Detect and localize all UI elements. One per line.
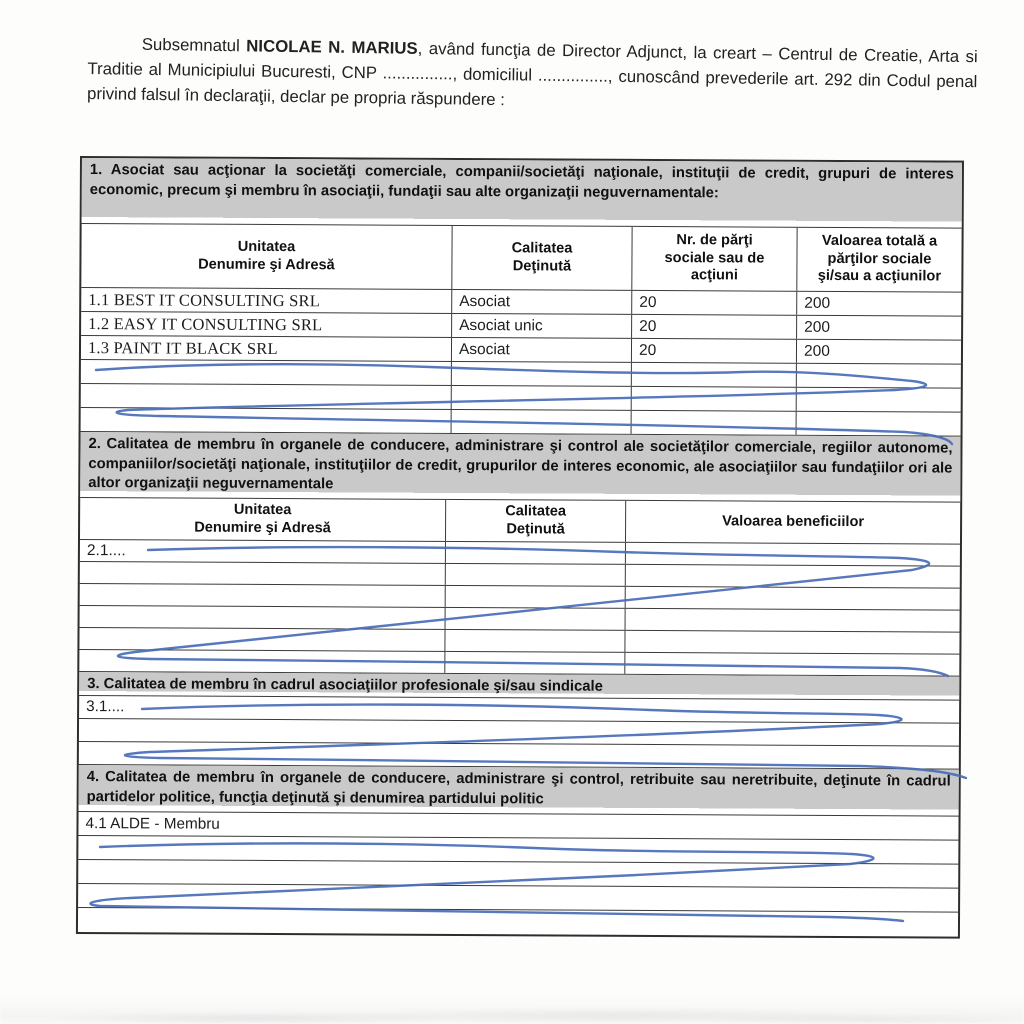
shares-cell: 20 <box>631 339 796 363</box>
value-cell: 200 <box>796 316 961 340</box>
quality-cell: Asociat unic <box>451 314 631 338</box>
scanned-declaration-page: Subsemnatul NICOLAE N. MARIUS, având fun… <box>0 0 1024 1024</box>
scan-artifact <box>0 996 1024 1024</box>
benefits-cell <box>625 543 960 566</box>
section-2-title: 2. Calitatea de membru în organele de co… <box>80 432 960 503</box>
column-header-benefits: Valoarea beneficiilor <box>625 501 960 544</box>
column-header-unit: Unitatea Denumire şi Adresă <box>81 224 451 289</box>
value-cell: 200 <box>796 292 961 316</box>
section-2-column-headers: Unitatea Denumire şi Adresă Calitatea De… <box>80 498 960 545</box>
section-1-column-headers: Unitatea Denumire şi Adresă Calitatea De… <box>81 224 961 293</box>
quality-cell: Asociat <box>451 338 631 362</box>
unit-cell: 1.2 EASY IT CONSULTING SRL <box>81 312 451 337</box>
column-header-quality: Calitatea Deţinută <box>445 500 625 542</box>
quality-cell: Asociat <box>451 290 631 314</box>
intro-lead: Subsemnatul <box>142 35 247 56</box>
value-cell: 200 <box>796 340 961 364</box>
column-header-unit: Unitatea Denumire şi Adresă <box>80 498 445 541</box>
unit-cell: 1.3 PAINT IT BLACK SRL <box>81 336 451 361</box>
intro-paragraph: Subsemnatul NICOLAE N. MARIUS, având fun… <box>87 31 978 119</box>
unit-cell: 1.1 BEST IT CONSULTING SRL <box>81 288 451 313</box>
column-header-value: Valoarea totală a părţilor sociale şi/sa… <box>796 228 961 292</box>
empty-table-row <box>78 908 958 937</box>
declaration-table: 1. Asociat sau acţionar la societăţi com… <box>76 156 964 939</box>
quality-cell <box>445 542 625 564</box>
shares-cell: 20 <box>631 315 796 339</box>
column-header-quality: Calitatea Deţinută <box>451 226 631 290</box>
shares-cell: 20 <box>631 291 796 315</box>
column-header-shares: Nr. de părţi sociale sau de acţiuni <box>631 227 796 291</box>
unit-cell: 2.1.... <box>80 540 445 563</box>
section-1-title: 1. Asociat sau acţionar la societăţi com… <box>82 158 962 229</box>
declarant-name: NICOLAE N. MARIUS <box>246 36 418 58</box>
section-4-title: 4. Calitatea de membru în organele de co… <box>79 765 959 817</box>
